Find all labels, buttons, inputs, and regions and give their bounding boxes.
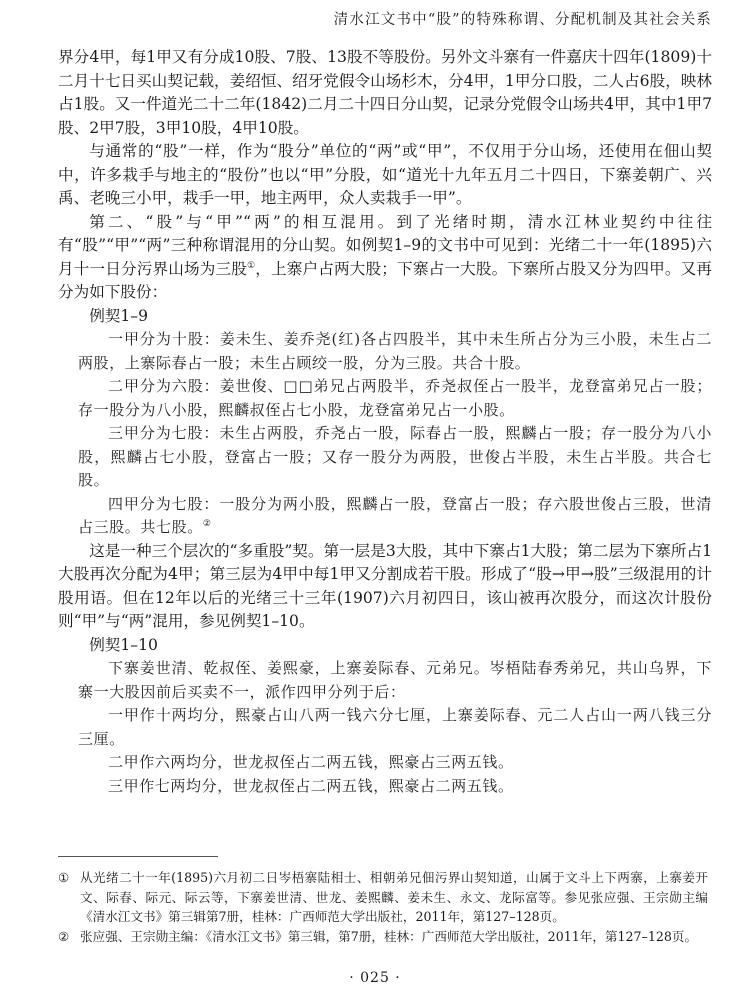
example-1-9-line-1: 一甲分为十股：姜未生、姜乔尧(红)各占四股半，其中未生所占分为三小股，未生占二两… (58, 328, 712, 375)
main-body: 界分4甲，每1甲又有分成10股、7股、13股不等股份。另外文斗寨有一件嘉庆十四年… (58, 46, 712, 798)
example-1-9-line-4-text: 四甲分为七股：一股分为两小股，熙麟占一股，登富占一股；存六股世俊占三股，世清占三… (78, 495, 712, 537)
footnotes: ① 从光绪二十一年(1895)六月初二日岑梧寨陆相士、相朝弟兄佃污界山契知道，山… (58, 868, 708, 946)
example-1-10-line-2: 一甲作十两均分，熙豪占山八两一钱六分七厘，上寨姜际春、元二人占山一两八钱三分三厘… (58, 704, 712, 751)
page-number: · 025 · (0, 970, 750, 986)
paragraph-2: 与通常的“股”一样，作为“股分”单位的“两”或“甲”，不仅用于分山场，还使用在佃… (58, 140, 712, 211)
analysis-paragraph: 这是一种三个层次的“多重股”契。第一层是3大股，其中下寨占1大股；第二层为下寨所… (58, 540, 712, 634)
footnote-divider (58, 856, 218, 857)
footnote-1-text: 从光绪二十一年(1895)六月初二日岑梧寨陆相士、相朝弟兄佃污界山契知道，山属于… (80, 868, 708, 927)
running-header: 清水江文书中“股”的特殊称谓、分配机制及其社会关系 (334, 8, 712, 29)
footnote-2-text: 张应强、王宗勋主编：《清水江文书》第三辑，第7册，桂林：广西师范大学出版社，20… (80, 927, 708, 947)
example-1-10-line-3: 二甲作六两均分，世龙叔侄占二两五钱，熙豪占三两五钱。 (58, 751, 712, 775)
example-1-10-line-4: 三甲作七两均分，世龙叔侄占二两五钱，熙豪占二两五钱。 (58, 775, 712, 799)
paragraph-3: 第二、“股”与“甲”“两”的相互混用。到了光绪时期，清水江林业契约中往往有“股”… (58, 211, 712, 305)
example-label-1-9: 例契1–9 (58, 305, 712, 329)
footnote-1: ① 从光绪二十一年(1895)六月初二日岑梧寨陆相士、相朝弟兄佃污界山契知道，山… (58, 868, 708, 927)
example-1-10-line-1: 下寨姜世清、乾叔侄、姜熙豪，上寨姜际春、元弟兄。岑梧陆春秀弟兄，共山乌界，下寨一… (58, 657, 712, 704)
paragraph-1: 界分4甲，每1甲又有分成10股、7股、13股不等股份。另外文斗寨有一件嘉庆十四年… (58, 46, 712, 140)
example-1-9-line-3: 三甲分为七股：未生占两股，乔尧占一股，际春占一股，熙麟占一股；存一股分为八小股，… (58, 422, 712, 493)
footnote-ref-2[interactable]: ② (203, 519, 212, 529)
footnote-2: ② 张应强、王宗勋主编：《清水江文书》第三辑，第7册，桂林：广西师范大学出版社，… (58, 927, 708, 947)
footnote-2-mark: ② (58, 927, 80, 947)
footnote-1-mark: ① (58, 868, 80, 927)
example-label-1-10: 例契1–10 (58, 634, 712, 658)
example-1-9-line-2: 二甲分为六股：姜世俊、□□弟兄占两股半，乔尧叔侄占一股半，龙登富弟兄占一股；存一… (58, 375, 712, 422)
example-1-9-line-4: 四甲分为七股：一股分为两小股，熙麟占一股，登富占一股；存六股世俊占三股，世清占三… (58, 493, 712, 540)
